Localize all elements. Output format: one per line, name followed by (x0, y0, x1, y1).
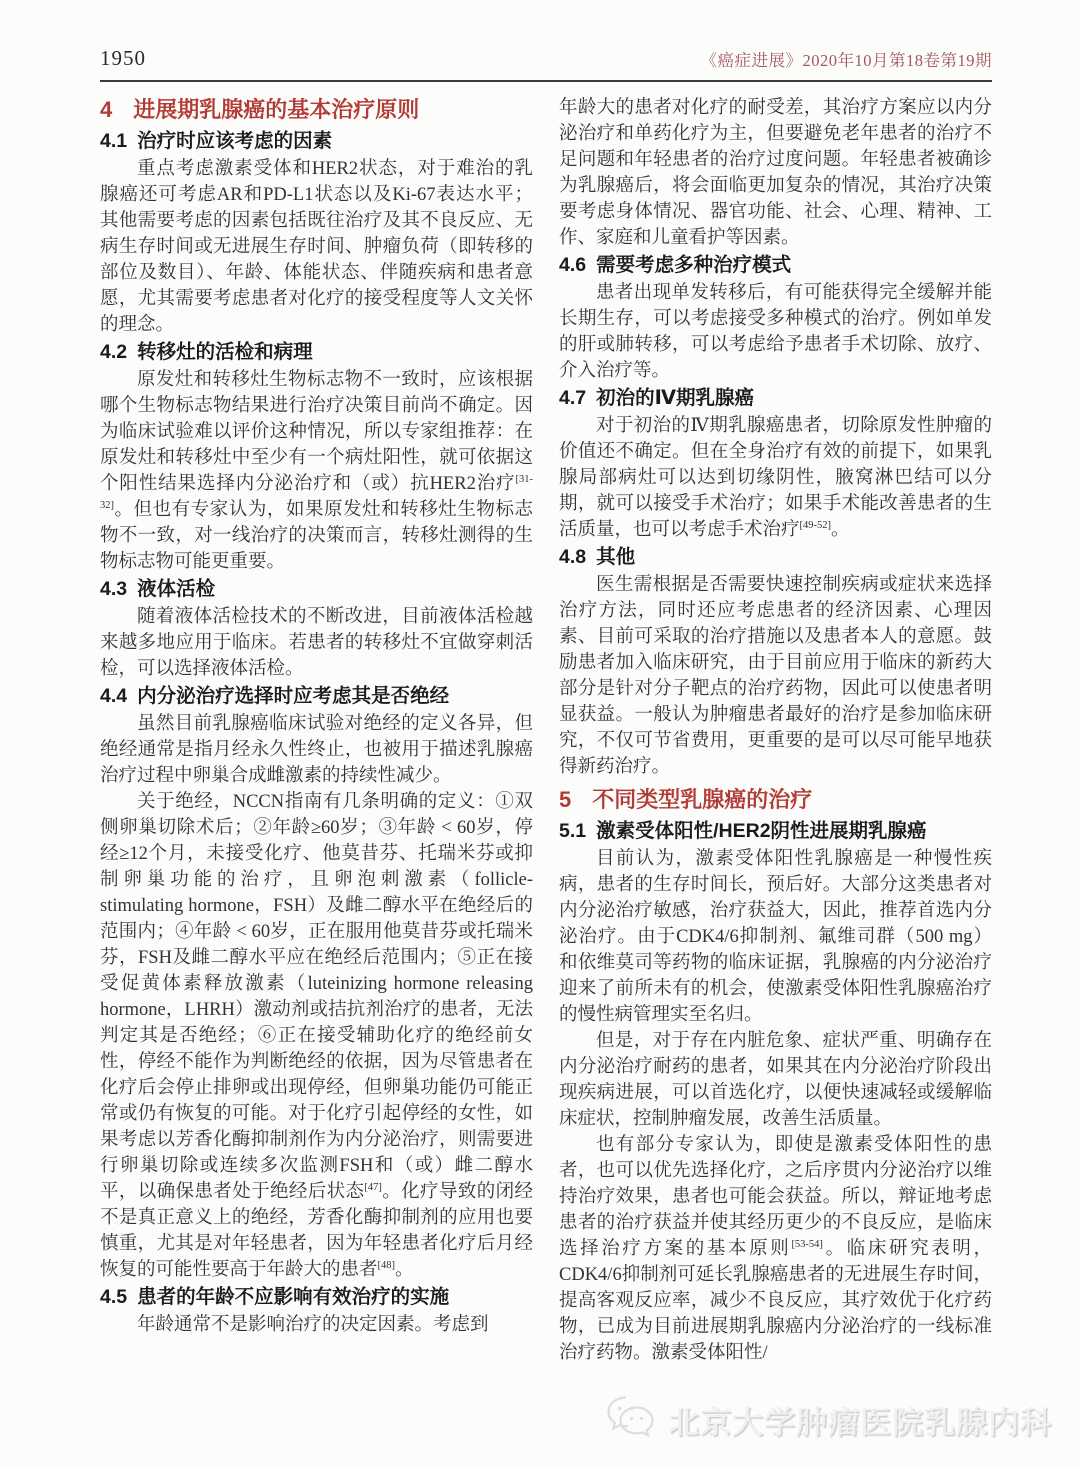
subsection-heading: 4.6需要考虑多种治疗模式 (559, 252, 992, 279)
section-title: 液体活检 (137, 578, 215, 600)
section-number: 4.8 (559, 546, 586, 568)
column-right: 年龄大的患者对化疗的耐受差，其治疗方案应以内分泌治疗和单药化疗为主，但要避免老年… (559, 95, 992, 1366)
subsection-heading: 4.4内分泌治疗选择时应考虑其是否绝经 (100, 683, 533, 710)
section-title: 转移灶的活检和病理 (137, 341, 313, 363)
section-title: 不同类型乳腺癌的治疗 (592, 787, 812, 812)
section-title: 内分泌治疗选择时应考虑其是否绝经 (137, 685, 449, 707)
citation-ref: [48] (378, 1260, 396, 1271)
journal-page: 1950 《癌症进展》2020年10月第18卷第19期 4进展期乳腺癌的基本治疗… (100, 46, 992, 1366)
citation-ref: [53-54] (791, 1239, 823, 1250)
section-title: 初治的Ⅳ期乳腺癌 (596, 387, 754, 409)
subsection-heading: 4.2转移灶的活检和病理 (100, 339, 533, 366)
wechat-icon (605, 1394, 659, 1445)
subsection-heading: 4.5患者的年龄不应影响有效治疗的实施 (100, 1284, 533, 1311)
footer-watermark: 北京大学肿瘤医院乳腺内科 (605, 1394, 1052, 1445)
paragraph: 但是，对于存在内脏危象、症状严重、明确存在内分泌治疗耐药的患者，如果其在内分泌治… (559, 1028, 992, 1132)
section-heading: 4进展期乳腺癌的基本治疗原则 (100, 95, 533, 125)
citation-ref: [31-32] (100, 474, 533, 511)
paragraph: 关于绝经，NCCN指南有几条明确的定义：①双侧卵巢切除术后；②年龄≥60岁；③年… (100, 789, 533, 1283)
section-number: 4.3 (100, 578, 127, 600)
section-number: 4 (100, 97, 112, 122)
paragraph: 年龄通常不是影响治疗的决定因素。考虑到 (100, 1312, 533, 1338)
section-number: 4.7 (559, 387, 586, 409)
subsection-heading: 4.7初治的Ⅳ期乳腺癌 (559, 385, 992, 412)
journal-issue-info: 《癌症进展》2020年10月第18卷第19期 (701, 47, 993, 71)
watermark-text: 北京大学肿瘤医院乳腺内科 (668, 1397, 1052, 1442)
paragraph: 患者出现单发转移后，有可能获得完全缓解并能长期生存，可以考虑接受多种模式的治疗。… (559, 280, 992, 384)
citation-ref: [49-52] (800, 520, 832, 531)
paragraph: 随着液体活检技术的不断改进，目前液体活检越来越多地应用于临床。若患者的转移灶不宜… (100, 604, 533, 682)
paragraph: 原发灶和转移灶生物标志物不一致时，应该根据哪个生物标志物结果进行治疗决策目前尚不… (100, 367, 533, 575)
paragraph: 目前认为，激素受体阳性乳腺癌是一种慢性疾病，患者的生存时间长，预后好。大部分这类… (559, 846, 992, 1028)
subsection-heading: 4.8其他 (559, 544, 992, 571)
section-title: 进展期乳腺癌的基本治疗原则 (133, 97, 419, 122)
section-title: 需要考虑多种治疗模式 (596, 254, 791, 276)
page-number: 1950 (100, 46, 146, 71)
section-number: 4.6 (559, 254, 586, 276)
section-title: 其他 (596, 546, 635, 568)
section-number: 4.2 (100, 341, 127, 363)
section-number: 5 (559, 787, 571, 812)
page-header: 1950 《癌症进展》2020年10月第18卷第19期 (100, 46, 992, 82)
section-title: 患者的年龄不应影响有效治疗的实施 (137, 1286, 449, 1308)
section-number: 4.5 (100, 1286, 127, 1308)
subsection-heading: 4.1治疗时应该考虑的因素 (100, 128, 533, 155)
section-number: 4.4 (100, 685, 127, 707)
paragraph: 重点考虑激素受体和HER2状态，对于难治的乳腺癌还可考虑AR和PD-L1状态以及… (100, 156, 533, 338)
two-column-body: 4进展期乳腺癌的基本治疗原则4.1治疗时应该考虑的因素重点考虑激素受体和HER2… (100, 95, 992, 1366)
paragraph: 虽然目前乳腺癌临床试验对绝经的定义各异，但绝经通常是指月经永久性终止，也被用于描… (100, 711, 533, 789)
section-title: 激素受体阳性/HER2阴性进展期乳腺癌 (596, 820, 926, 842)
citation-ref: [47] (364, 1182, 382, 1193)
paragraph: 对于初治的Ⅳ期乳腺癌患者，切除原发性肿瘤的价值还不确定。但在全身治疗有效的前提下… (559, 413, 992, 543)
paragraph: 年龄大的患者对化疗的耐受差，其治疗方案应以内分泌治疗和单药化疗为主，但要避免老年… (559, 95, 992, 251)
section-number: 4.1 (100, 130, 127, 152)
subsection-heading: 5.1激素受体阳性/HER2阴性进展期乳腺癌 (559, 818, 992, 845)
paragraph: 也有部分专家认为，即使是激素受体阳性的患者，也可以优先选择化疗，之后序贯内分泌治… (559, 1132, 992, 1366)
paragraph: 医生需根据是否需要快速控制疾病或症状来选择治疗方法，同时还应考虑患者的经济因素、… (559, 572, 992, 780)
section-heading: 5不同类型乳腺癌的治疗 (559, 785, 992, 815)
section-title: 治疗时应该考虑的因素 (137, 130, 332, 152)
section-number: 5.1 (559, 820, 586, 842)
subsection-heading: 4.3液体活检 (100, 576, 533, 603)
column-left: 4进展期乳腺癌的基本治疗原则4.1治疗时应该考虑的因素重点考虑激素受体和HER2… (100, 95, 533, 1366)
